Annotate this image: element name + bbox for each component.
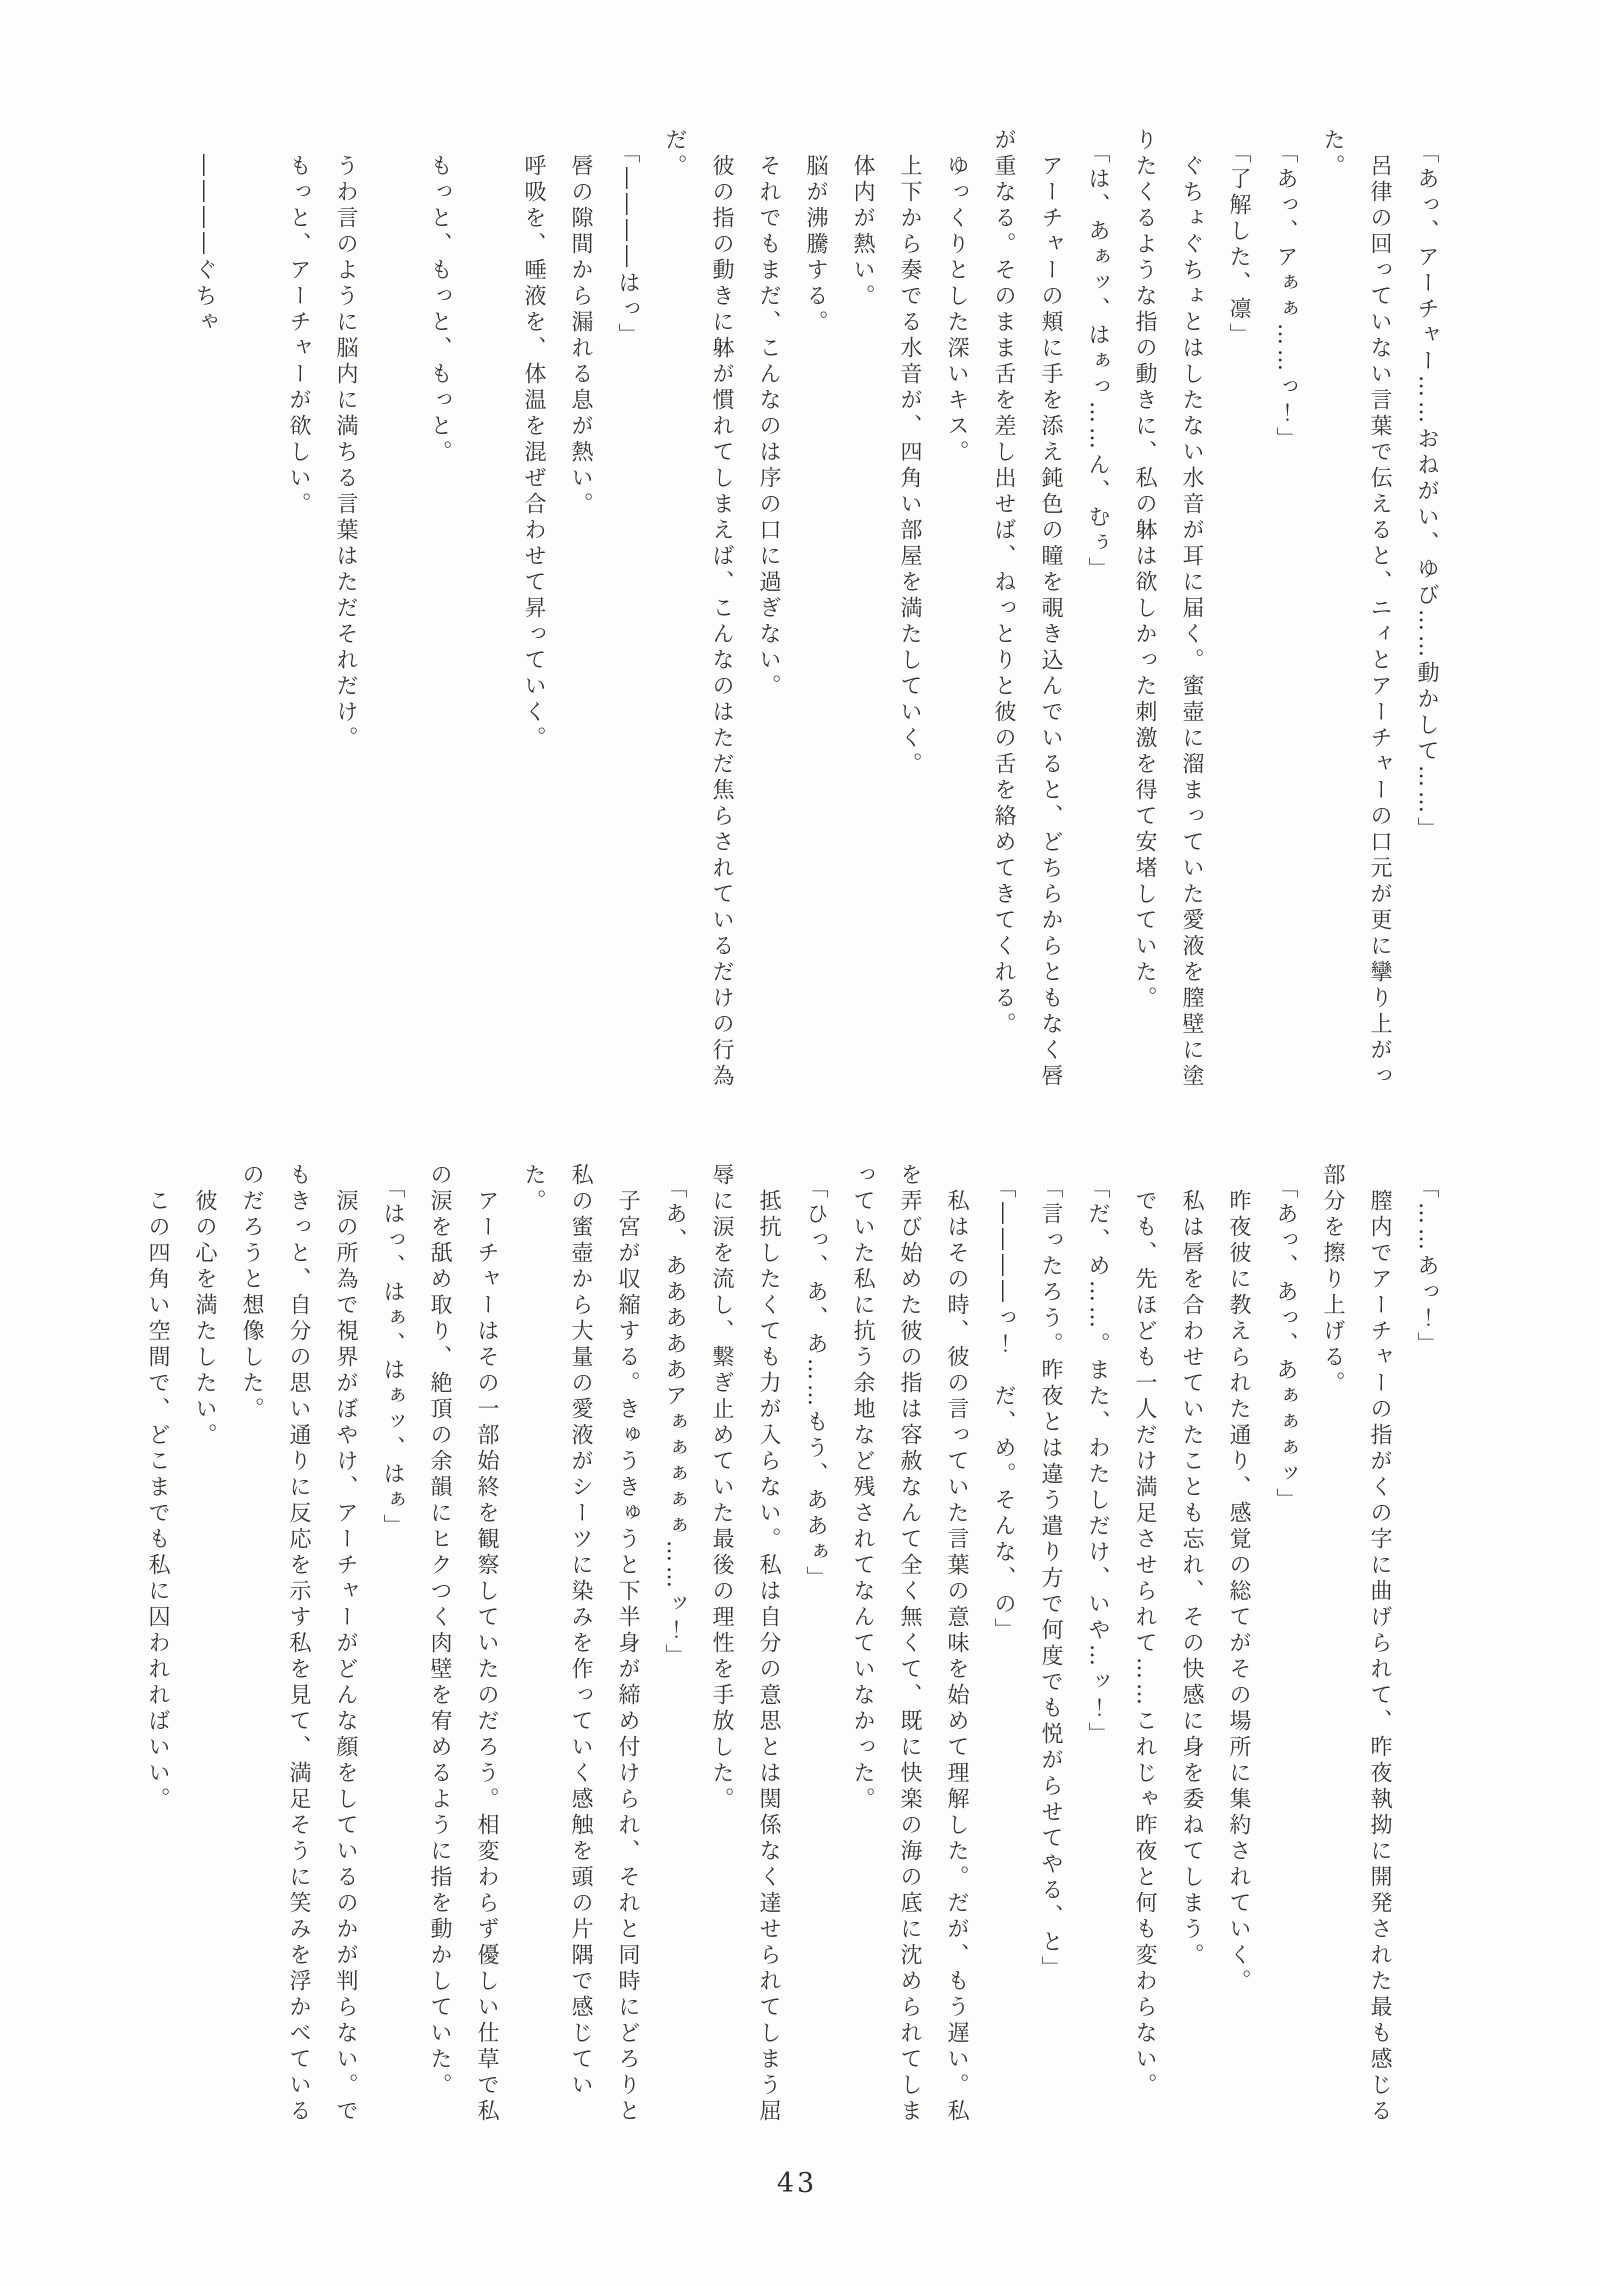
text-line: 辱に涙を流し、繋ぎ止めていた最後の理性を手放した。 — [698, 1163, 745, 2127]
text-line: もっと、アーチャーが欲しい。 — [275, 128, 322, 1092]
text-line: それでもまだ、こんなのは序の口に過ぎない。 — [745, 128, 792, 1092]
text-line: アーチャーの頬に手を添え鈍色の瞳を覗き込んでいると、どちらからともなく唇 — [1027, 128, 1074, 1092]
text-line: 「――――はっ」 — [604, 128, 651, 1092]
text-line: もきっと、自分の思い通りに反応を示す私を見て、満足そうに笑みを浮かべている — [275, 1163, 322, 2127]
text-line: だ。 — [651, 128, 698, 1092]
text-line: 私は唇を合わせていたことも忘れ、その快感に身を委ねてしまう。 — [1168, 1163, 1215, 2127]
text-line: アーチャーはその一部始終を観察していたのだろう。相変わらず優しい仕草で私 — [463, 1163, 510, 2127]
text-line: のだろうと想像した。 — [228, 1163, 275, 2127]
text-line: 私はその時、彼の言っていた言葉の意味を始めて理解した。だが、もう遅い。私 — [933, 1163, 980, 2127]
text-line: うわ言のように脳内に満ちる言葉はただそれだけ。 — [322, 128, 369, 1092]
text-block-top: 「あっ、アーチャー……おねがい、ゆび……動かして……」呂律の回っていない言葉で伝… — [181, 128, 1450, 1092]
blank-line — [369, 128, 416, 1092]
text-block-bottom: 「……あっ！」膣内でアーチャーの指がくの字に曲げられて、昨夜執拗に開発された最も… — [134, 1163, 1450, 2127]
text-line: 上下から奏でる水音が、四角い部屋を満たしていく。 — [886, 128, 933, 1092]
text-line: 涙の所為で視界がぼやけ、アーチャーがどんな顔をしているのかが判らない。で — [322, 1163, 369, 2127]
text-line: た。 — [1309, 128, 1356, 1092]
text-line: 呂律の回っていない言葉で伝えると、ニィとアーチャーの口元が更に攣り上がっ — [1356, 128, 1403, 1092]
text-line: 呼吸を、唾液を、体温を混ぜ合わせて昇っていく。 — [510, 128, 557, 1092]
page-number: 43 — [0, 2168, 1594, 2199]
text-line: 体内が熱い。 — [839, 128, 886, 1092]
text-line: 「あっ、アぁぁ……っ！」 — [1262, 128, 1309, 1092]
text-line: もっと、もっと、もっと。 — [416, 128, 463, 1092]
text-line: 「だ、め……。また、わたしだけ、いや…ッ！」 — [1074, 1163, 1121, 2127]
blank-line — [228, 128, 275, 1092]
text-line: ――――ぐちゃ — [181, 128, 228, 1092]
text-line: 脳が沸騰する。 — [792, 128, 839, 1092]
text-line: 彼の心を満たしたい。 — [181, 1163, 228, 2127]
text-line: が重なる。そのまま舌を差し出せば、ねっとりと彼の舌を絡めてきてくれる。 — [980, 128, 1027, 1092]
text-line: た。 — [510, 1163, 557, 2127]
text-line: を弄び始めた彼の指は容赦なんて全く無くて、既に快楽の海の底に沈められてしま — [886, 1163, 933, 2127]
text-line: 唇の隙間から漏れる息が熱い。 — [557, 128, 604, 1092]
novel-page: 「あっ、アーチャー……おねがい、ゆび……動かして……」呂律の回っていない言葉で伝… — [0, 0, 1600, 2286]
text-line: 部分を擦り上げる。 — [1309, 1163, 1356, 2127]
text-line: の涙を舐め取り、絶頂の余韻にヒクつく肉壁を宥めるように指を動かしていた。 — [416, 1163, 463, 2127]
text-line: ぐちょぐちょとはしたない水音が耳に届く。蜜壺に溜まっていた愛液を膣壁に塗 — [1168, 128, 1215, 1092]
text-line: でも、先ほども一人だけ満足させられて……これじゃ昨夜と何も変わらない。 — [1121, 1163, 1168, 2127]
text-line: 「ひっ、あ、あ……もう、ああぁ」 — [792, 1163, 839, 2127]
text-line: 私の蜜壺から大量の愛液がシーツに染みを作っていく感触を頭の片隅で感じてい — [557, 1163, 604, 2127]
text-line: 子宮が収縮する。きゅうきゅうと下半身が締め付けられ、それと同時にどろりと — [604, 1163, 651, 2127]
text-line: 昨夜彼に教えられた通り、感覚の総てがその場所に集約されていく。 — [1215, 1163, 1262, 2127]
text-line: 「……あっ！」 — [1403, 1163, 1450, 2127]
blank-line — [463, 128, 510, 1092]
text-line: 彼の指の動きに躰が慣れてしまえば、こんなのはただ焦らされているだけの行為 — [698, 128, 745, 1092]
text-line: この四角い空間で、どこまでも私に囚われればいい。 — [134, 1163, 181, 2127]
text-line: 抵抗したくても力が入らない。私は自分の意思とは関係なく達せられてしまう屈 — [745, 1163, 792, 2127]
text-line: 「は、あぁッ、はぁっ……ん、むぅ」 — [1074, 128, 1121, 1092]
text-line: 「――――っ！ だ、め。そんな、の」 — [980, 1163, 1027, 2127]
text-line: 「あっ、あっ、あぁぁぁッ」 — [1262, 1163, 1309, 2127]
text-line: 「あ、あああああアぁぁぁぁぁ……ッ！」 — [651, 1163, 698, 2127]
text-line: っていた私に抗う余地など残されてなんていなかった。 — [839, 1163, 886, 2127]
text-line: 「了解した、凛」 — [1215, 128, 1262, 1092]
text-line: りたくるような指の動きに、私の躰は欲しかった刺激を得て安堵していた。 — [1121, 128, 1168, 1092]
text-line: ゆっくりとした深いキス。 — [933, 128, 980, 1092]
text-line: 膣内でアーチャーの指がくの字に曲げられて、昨夜執拗に開発された最も感じる — [1356, 1163, 1403, 2127]
text-line: 「はっ、はぁ、はぁッ、はぁ」 — [369, 1163, 416, 2127]
text-line: 「あっ、アーチャー……おねがい、ゆび……動かして……」 — [1403, 128, 1450, 1092]
text-line: 「言ったろう。昨夜とは違う遣り方で何度でも悦がらせてやる、と」 — [1027, 1163, 1074, 2127]
